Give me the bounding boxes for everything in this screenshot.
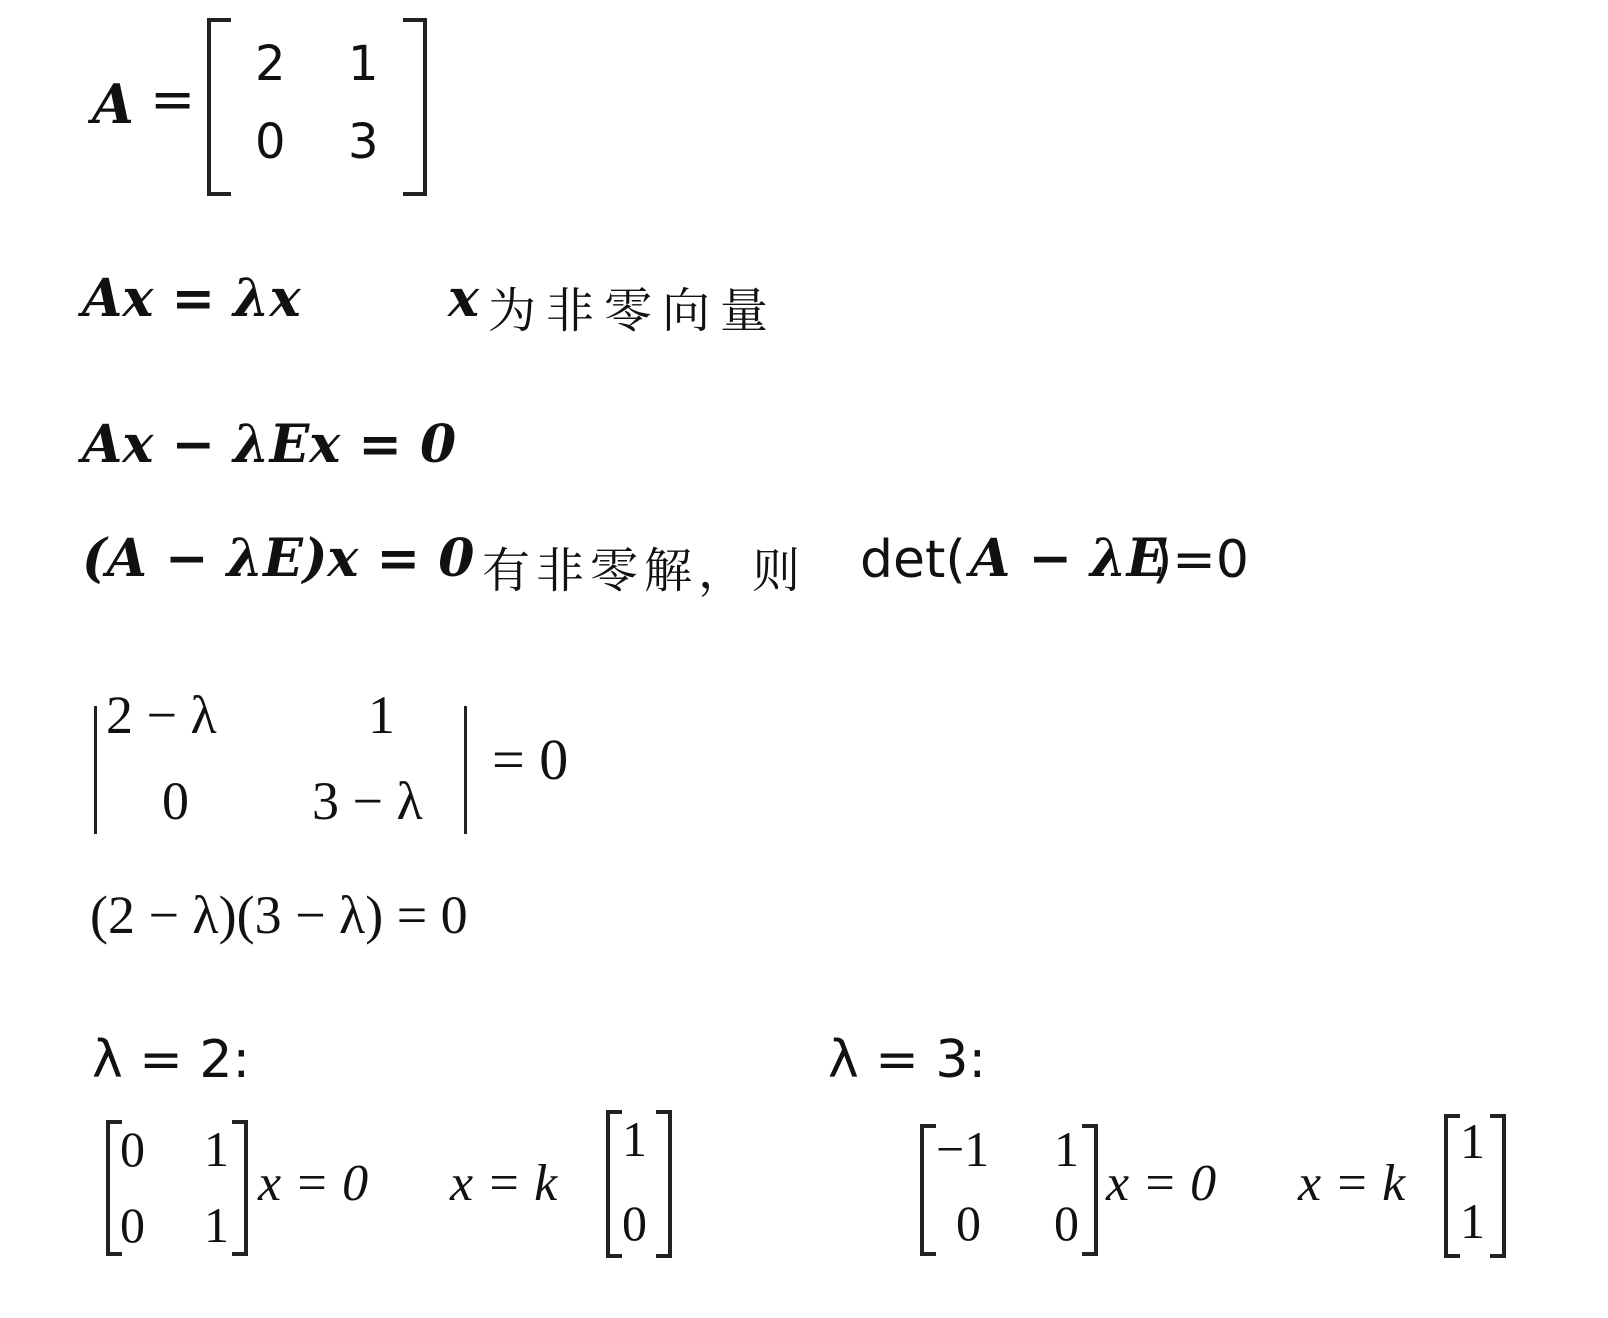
matrix-cell: 1 [1054, 1120, 1079, 1178]
homogeneous-system: x = 0 [1106, 1154, 1216, 1213]
eigen-equation: Ax = λx [82, 268, 301, 329]
vector-cell: 1 [1460, 1112, 1485, 1170]
vector-cell: 1 [1460, 1192, 1485, 1250]
right-bracket [232, 1120, 248, 1256]
det-right-bar [464, 706, 467, 834]
matrix-cell: 2 [255, 36, 286, 92]
left-bracket [606, 1110, 622, 1258]
condition-text: 有非零解，则 [482, 532, 806, 601]
det-prefix: det( [860, 530, 966, 590]
det-cell: 3 − λ [312, 770, 423, 832]
left-bracket [920, 1124, 936, 1256]
matrix-cell: 1 [204, 1196, 229, 1254]
det-rhs: = 0 [492, 726, 568, 793]
vector-cell: 1 [622, 1110, 647, 1168]
left-bracket [207, 18, 231, 196]
det-body: A − λE [970, 528, 1166, 589]
left-bracket [1444, 1114, 1460, 1258]
matrix-cell: 1 [204, 1120, 229, 1178]
det-cell: 1 [368, 684, 395, 746]
case-label: λ = 3: [828, 1030, 986, 1090]
right-bracket [1082, 1124, 1098, 1256]
right-bracket [656, 1110, 672, 1258]
right-bracket [403, 18, 427, 196]
solution-prefix: x = k [1298, 1154, 1405, 1213]
homogeneous-equation: Ax − λEx = 0 [82, 414, 456, 475]
det-suffix: )=0 [1152, 530, 1249, 590]
case-label: λ = 2: [92, 1030, 250, 1090]
matrix-cell: 0 [120, 1120, 145, 1178]
solution-prefix: x = k [450, 1154, 557, 1213]
matrix-cell: 0 [255, 114, 286, 170]
det-left-bar [94, 706, 97, 834]
matrix-cell: 1 [348, 36, 379, 92]
right-bracket [1490, 1114, 1506, 1258]
matrix-cell: 0 [1054, 1194, 1079, 1252]
det-cell: 0 [162, 770, 189, 832]
homogeneous-system: x = 0 [258, 1154, 368, 1213]
note-variable: x [448, 268, 479, 329]
matrix-cell: 3 [348, 114, 379, 170]
characteristic-polynomial: (2 − λ)(3 − λ) = 0 [90, 884, 468, 946]
note-text: 为非零向量 [488, 272, 778, 341]
det-cell: 2 − λ [106, 684, 217, 746]
vector-cell: 0 [622, 1194, 647, 1252]
matrix-cell: 0 [956, 1194, 981, 1252]
matrix-cell: 0 [120, 1196, 145, 1254]
matrix-a-label: A [92, 72, 134, 136]
matrix-cell: −1 [936, 1120, 989, 1178]
equals-sign: = [150, 68, 195, 131]
matrix-equation: (A − λE)x = 0 [82, 528, 474, 589]
